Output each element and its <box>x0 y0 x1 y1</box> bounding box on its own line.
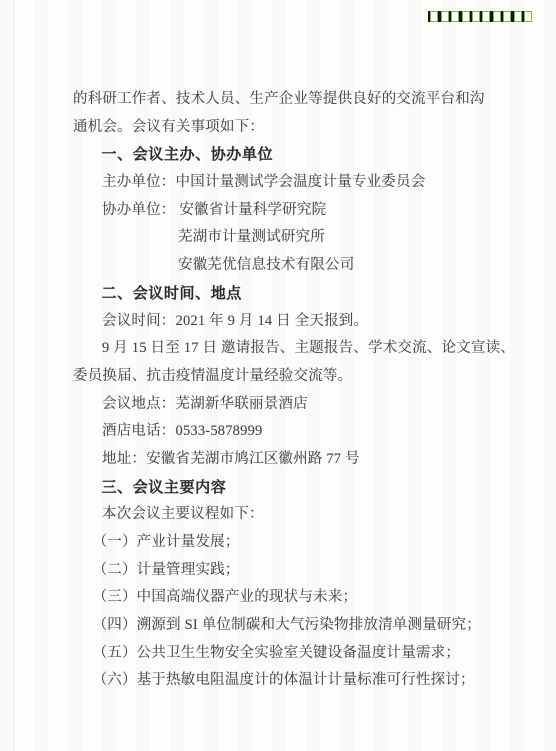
co-organizer-line: 芜湖市计量测试研究所 <box>178 224 493 252</box>
barcode-square <box>430 11 438 22</box>
barcode-square <box>441 11 449 22</box>
section-heading-time-place: 二、会议时间、地点 <box>73 280 493 308</box>
meeting-schedule-line: 9 月 15 日至 17 日 邀请报告、主题报告、学术交流、论文宣读、 <box>73 335 493 363</box>
barcode-square <box>514 11 522 22</box>
agenda-intro-line: 本次会议主要议程如下： <box>73 501 493 529</box>
address-line: 地址：安徽省芜湖市鸠江区徽州路 77 号 <box>73 446 493 474</box>
co-organizer-line: 协办单位： 安徽省计量科学研究院 <box>73 197 493 225</box>
section-heading-organizers: 一、会议主办、协办单位 <box>73 141 493 169</box>
host-organizer-line: 主办单位：中国计量测试学会温度计量专业委员会 <box>73 169 493 197</box>
barcode-square <box>451 11 459 22</box>
meeting-time-line: 会议时间：2021 年 9 月 14 日 全天报到。 <box>73 308 493 336</box>
barcode-square <box>472 11 480 22</box>
barcode-square <box>482 11 490 22</box>
section-heading-content: 三、会议主要内容 <box>73 474 493 502</box>
agenda-item-line: （二）计量管理实践； <box>73 557 493 585</box>
agenda-item-line: （三）中国高端仪器产业的现状与未来； <box>73 584 493 612</box>
document-body: 的科研工作者、技术人员、生产企业等提供良好的交流平台和沟 通机会。会议有关事项如… <box>73 86 493 695</box>
hotel-phone-line: 酒店电话：0533-5878999 <box>73 418 493 446</box>
scanned-page-background: 的科研工作者、技术人员、生产企业等提供良好的交流平台和沟 通机会。会议有关事项如… <box>0 0 556 751</box>
barcode-square <box>493 11 501 22</box>
agenda-item-line: （四）溯源到 SI 单位制碳和大气污染物排放清单测量研究； <box>73 612 493 640</box>
meeting-schedule-line: 委员换届、抗击疫情温度计量经验交流等。 <box>73 363 493 391</box>
co-organizer-line: 安徽芜优信息技术有限公司 <box>178 252 493 280</box>
barcode-square <box>503 11 511 22</box>
barcode-strip <box>428 10 532 22</box>
body-paragraph-line: 通机会。会议有关事项如下： <box>73 114 493 142</box>
agenda-item-line: （一）产业计量发展； <box>73 529 493 557</box>
agenda-item-line: （五）公共卫生生物安全实验室关键设备温度计量需求； <box>73 640 493 668</box>
barcode-square <box>524 11 532 22</box>
agenda-item-line: （六）基于热敏电阻温度计的体温计计量标准可行性探讨； <box>73 667 493 695</box>
body-paragraph-line: 的科研工作者、技术人员、生产企业等提供良好的交流平台和沟 <box>73 86 493 114</box>
barcode-square <box>462 11 470 22</box>
meeting-place-line: 会议地点：芜湖新华联丽景酒店 <box>73 391 493 419</box>
scan-edge-line <box>13 0 14 751</box>
